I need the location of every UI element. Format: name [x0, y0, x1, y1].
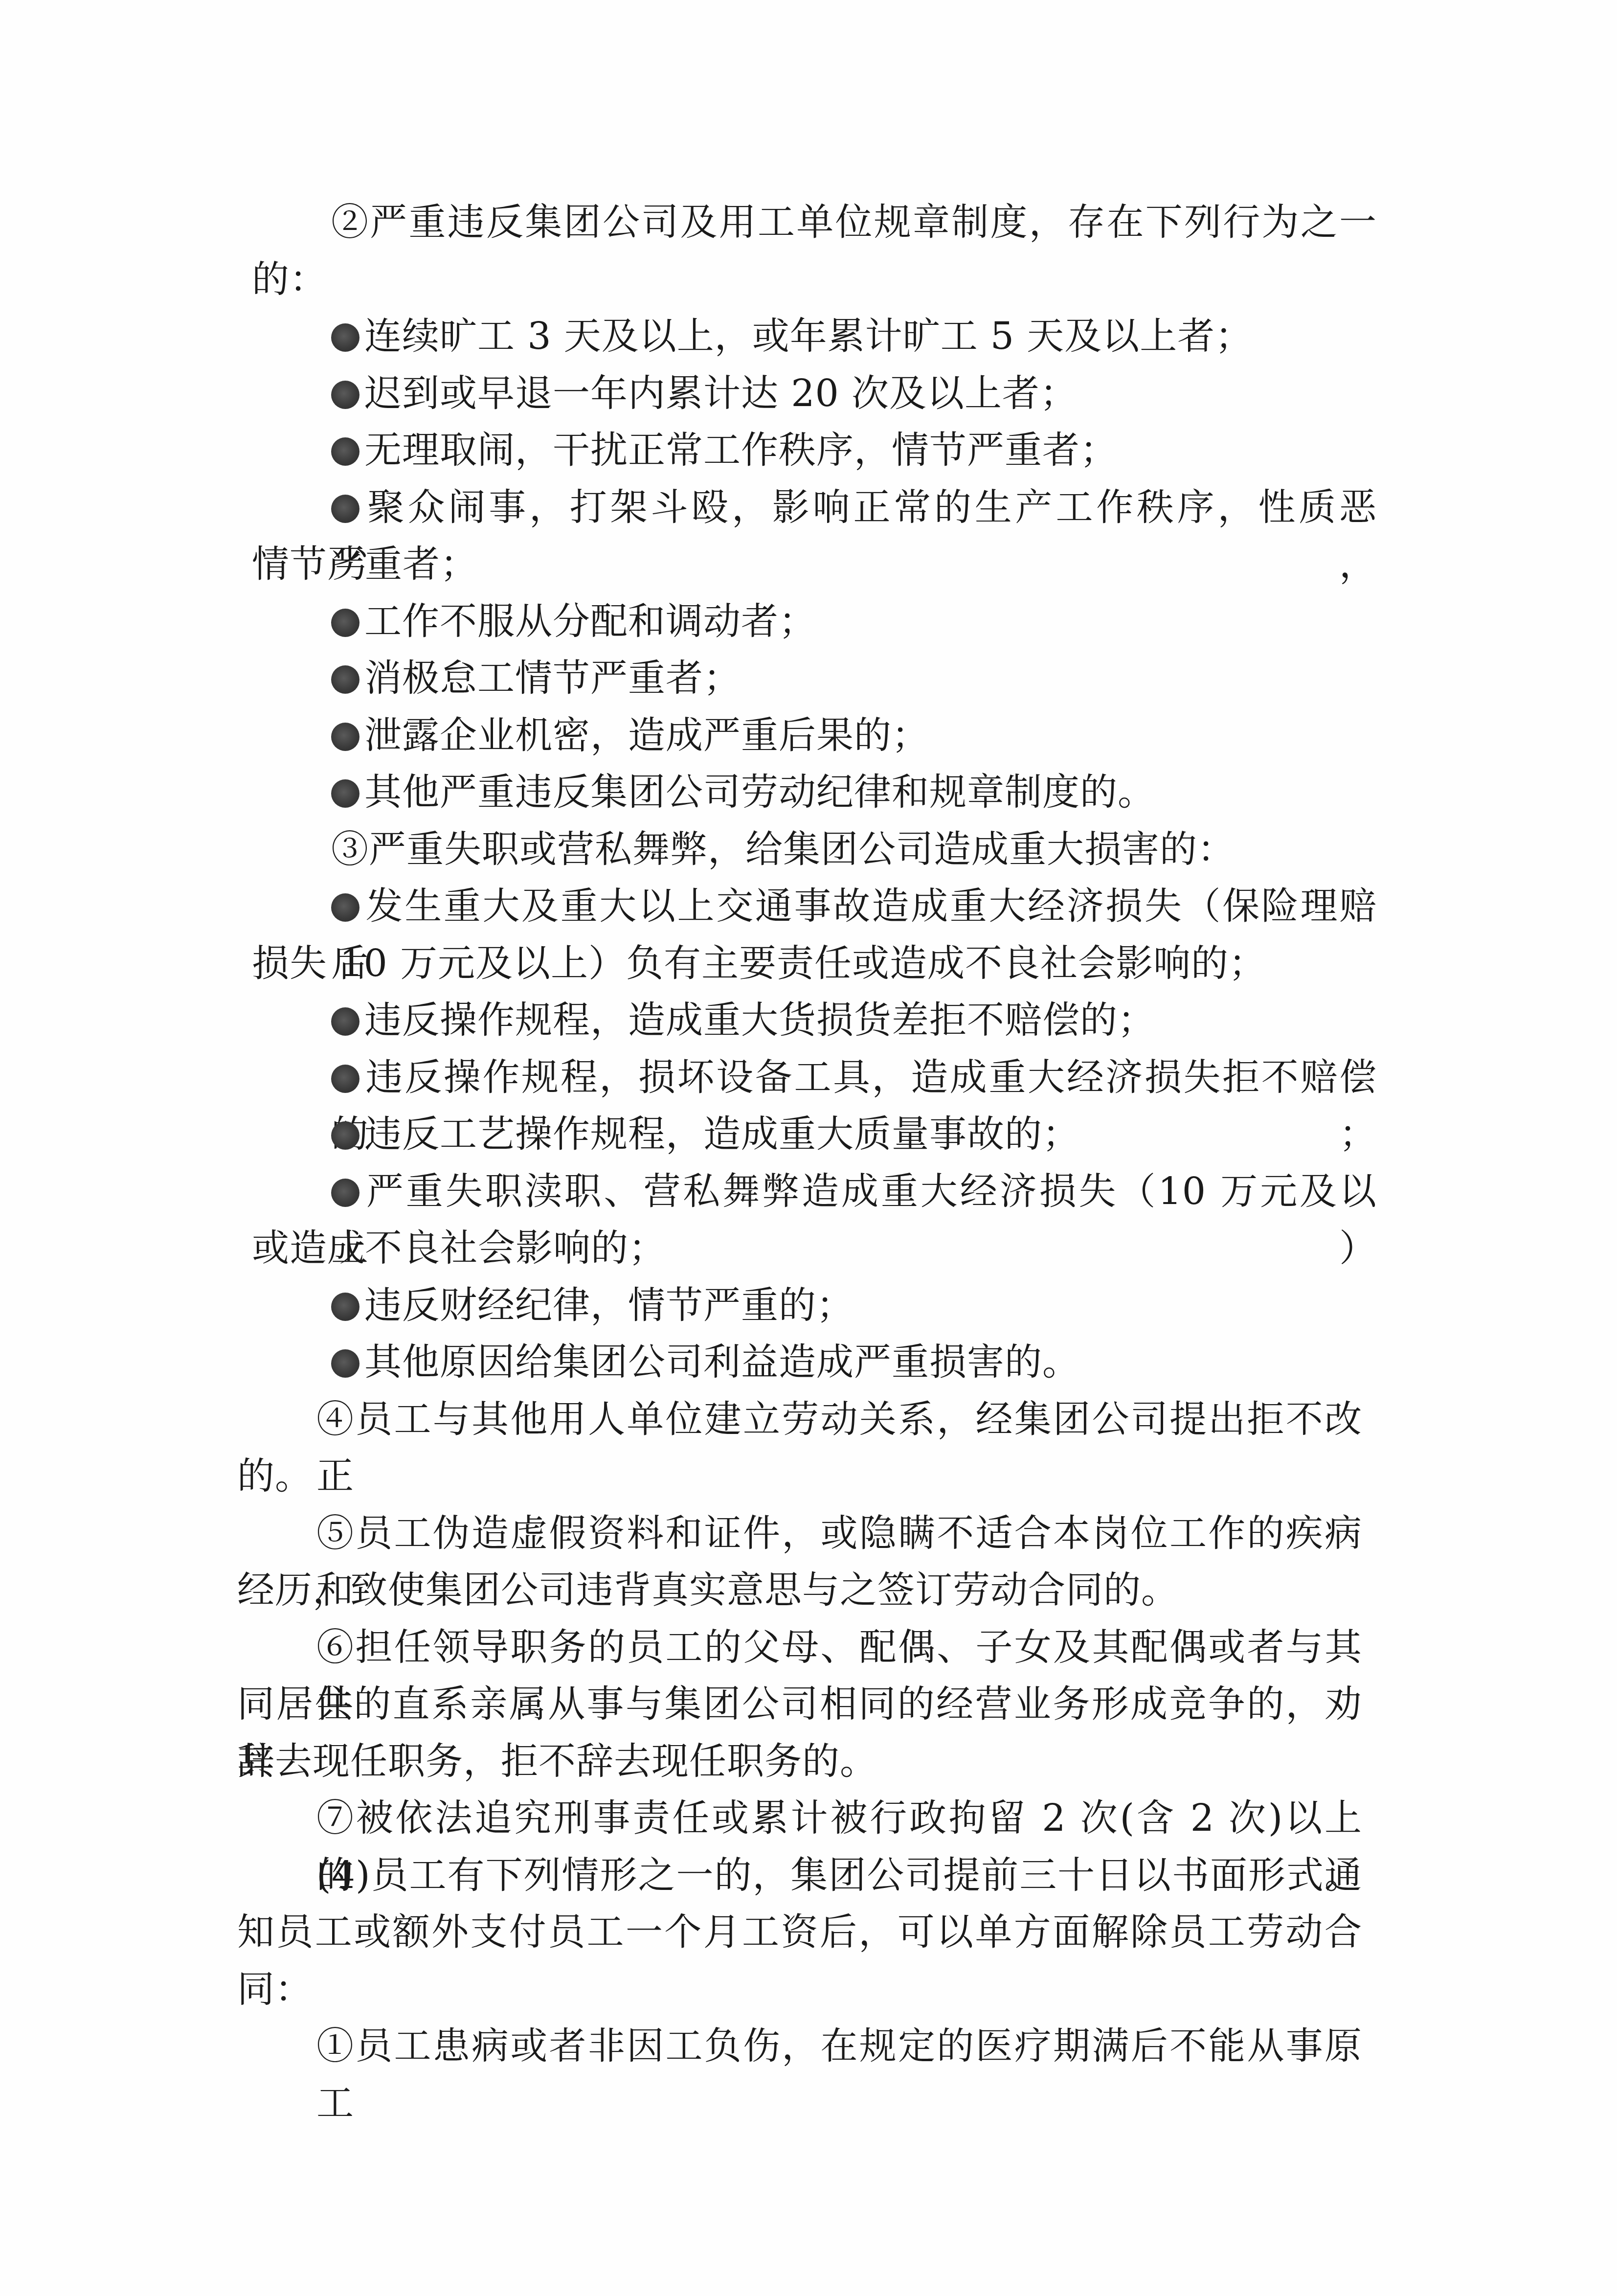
list-item: 违反财经纪律，情节严重的； [252, 1277, 1377, 1334]
line-text: 聚众闹事，打架斗殴，影响正常的生产工作秩序，性质恶劣， [331, 485, 1377, 586]
text-line: (4)员工有下列情形之一的，集团公司提前三十日以书面形式通 [237, 1847, 1362, 1904]
line-text: 迟到或早退一年内累计达 20 次及以上者； [364, 371, 1078, 415]
line-text: 工作不服从分配和调动者； [364, 599, 816, 643]
line-text: 同： [237, 1967, 313, 2011]
list-item: 工作不服从分配和调动者； [252, 593, 1377, 650]
text-line: 辞去现任职务，拒不辞去现任职务的。 [237, 1733, 1362, 1790]
line-text: 违反工艺操作规程，造成重大质量事故的； [364, 1112, 1080, 1156]
line-text: 泄露企业机密，造成严重后果的； [364, 713, 929, 757]
line-text: 其他原因给集团公司利益造成严重损害的。 [364, 1340, 1080, 1384]
line-text: 经历，致使集团公司违背真实意思与之签订劳动合同的。 [237, 1568, 1179, 1612]
bullet-icon [331, 779, 359, 808]
line-text: 损失 10 万元及以上）负有主要责任或造成不良社会影响的； [252, 941, 1266, 985]
bullet-icon [331, 893, 359, 922]
list-item: 其他原因给集团公司利益造成严重损害的。 [252, 1334, 1377, 1391]
line-text: ③严重失职或营私舞弊，给集团公司造成重大损害的： [331, 827, 1235, 871]
line-text: 消极怠工情节严重者； [364, 656, 741, 700]
bullet-icon [331, 1349, 359, 1378]
line-text: 或造成不良社会影响的； [252, 1226, 666, 1270]
section-serious-violations: ②严重违反集团公司及用工单位规章制度，存在下列行为之一 的： 连续旷工 3 天及… [252, 194, 1377, 1391]
line-text: 无理取闹，干扰正常工作秩序，情节严重者； [364, 428, 1118, 472]
line-text: 违反财经纪律，情节严重的； [364, 1283, 854, 1327]
line-text: 情节严重者； [252, 542, 478, 586]
bullet-icon [331, 381, 359, 409]
text-line: 经历，致使集团公司违背真实意思与之签订劳动合同的。 [237, 1562, 1362, 1619]
line-text: ①员工患病或者非因工负伤，在规定的医疗期满后不能从事原工 [316, 2024, 1362, 2125]
line-text: 的： [252, 257, 327, 301]
bullet-icon [331, 323, 359, 352]
text-line: ⑦被依法追究刑事责任或累计被行政拘留 2 次(含 2 次)以上的。 [237, 1790, 1362, 1847]
text-line: ②严重违反集团公司及用工单位规章制度，存在下列行为之一 [252, 194, 1377, 251]
list-item: 无理取闹，干扰正常工作秩序，情节严重者； [252, 422, 1377, 479]
list-item: 泄露企业机密，造成严重后果的； [252, 707, 1377, 764]
text-line: ③严重失职或营私舞弊，给集团公司造成重大损害的： [252, 821, 1377, 878]
line-text: 连续旷工 3 天及以上，或年累计旷工 5 天及以上者； [364, 314, 1253, 358]
list-item: 迟到或早退一年内累计达 20 次及以上者； [252, 365, 1377, 422]
text-line: ①员工患病或者非因工负伤，在规定的医疗期满后不能从事原工 [237, 2018, 1362, 2075]
bullet-icon [331, 609, 359, 637]
text-line: 的。 [237, 1448, 1362, 1505]
bullet-icon [331, 1007, 359, 1036]
list-item: 违反操作规程，损坏设备工具，造成重大经济损失拒不赔偿的； [252, 1049, 1377, 1106]
list-item: 连续旷工 3 天及以上，或年累计旷工 5 天及以上者； [252, 308, 1377, 365]
bullet-icon [331, 665, 359, 694]
document-page: ②严重违反集团公司及用工单位规章制度，存在下列行为之一 的： 连续旷工 3 天及… [252, 194, 1377, 2075]
text-line: ④员工与其他用人单位建立劳动关系，经集团公司提出拒不改正 [237, 1391, 1362, 1448]
line-text: 其他严重违反集团公司劳动纪律和规章制度的。 [364, 770, 1155, 814]
text-line: 知员工或额外支付员工一个月工资后，可以单方面解除员工劳动合 [237, 1904, 1362, 1961]
bullet-icon [331, 437, 359, 466]
bullet-icon [331, 1121, 359, 1150]
text-line: 同居住的直系亲属从事与集团公司相同的经营业务形成竞争的，劝其 [237, 1676, 1362, 1733]
bullet-icon [331, 1293, 359, 1321]
text-line: 的： [252, 251, 1377, 308]
text-line: 同： [237, 1961, 1362, 2018]
list-item: 发生重大及重大以上交通事故造成重大经济损失（保险理赔后 [252, 878, 1377, 935]
line-text: ②严重违反集团公司及用工单位规章制度，存在下列行为之一 [331, 200, 1377, 244]
bullet-icon [331, 723, 359, 751]
text-line: ⑤员工伪造虚假资料和证件，或隐瞒不适合本岗位工作的疾病和 [237, 1505, 1362, 1562]
bullet-icon [331, 1065, 359, 1093]
list-item: 聚众闹事，打架斗殴，影响正常的生产工作秩序，性质恶劣， [252, 479, 1377, 536]
line-text: 知员工或额外支付员工一个月工资后，可以单方面解除员工劳动合 [237, 1910, 1362, 1954]
line-text: 违反操作规程，造成重大货损货差拒不赔偿的； [364, 998, 1155, 1042]
bullet-icon [331, 495, 359, 523]
list-item: 违反操作规程，造成重大货损货差拒不赔偿的； [252, 992, 1377, 1049]
list-item: 消极怠工情节严重者； [252, 650, 1377, 707]
text-line: 损失 10 万元及以上）负有主要责任或造成不良社会影响的； [252, 935, 1377, 992]
text-line: ⑥担任领导职务的员工的父母、配偶、子女及其配偶或者与其共 [237, 1619, 1362, 1676]
section-other-termination-grounds: ④员工与其他用人单位建立劳动关系，经集团公司提出拒不改正 的。 ⑤员工伪造虚假资… [237, 1391, 1362, 2075]
list-item: 严重失职渎职、营私舞弊造成重大经济损失（10 万元及以上） [252, 1163, 1377, 1220]
list-item: 其他严重违反集团公司劳动纪律和规章制度的。 [252, 764, 1377, 821]
line-text: 辞去现任职务，拒不辞去现任职务的。 [237, 1739, 877, 1783]
bullet-icon [331, 1179, 359, 1207]
line-text: 的。 [237, 1454, 313, 1498]
line-text: (4)员工有下列情形之一的，集团公司提前三十日以书面形式通 [316, 1853, 1362, 1897]
